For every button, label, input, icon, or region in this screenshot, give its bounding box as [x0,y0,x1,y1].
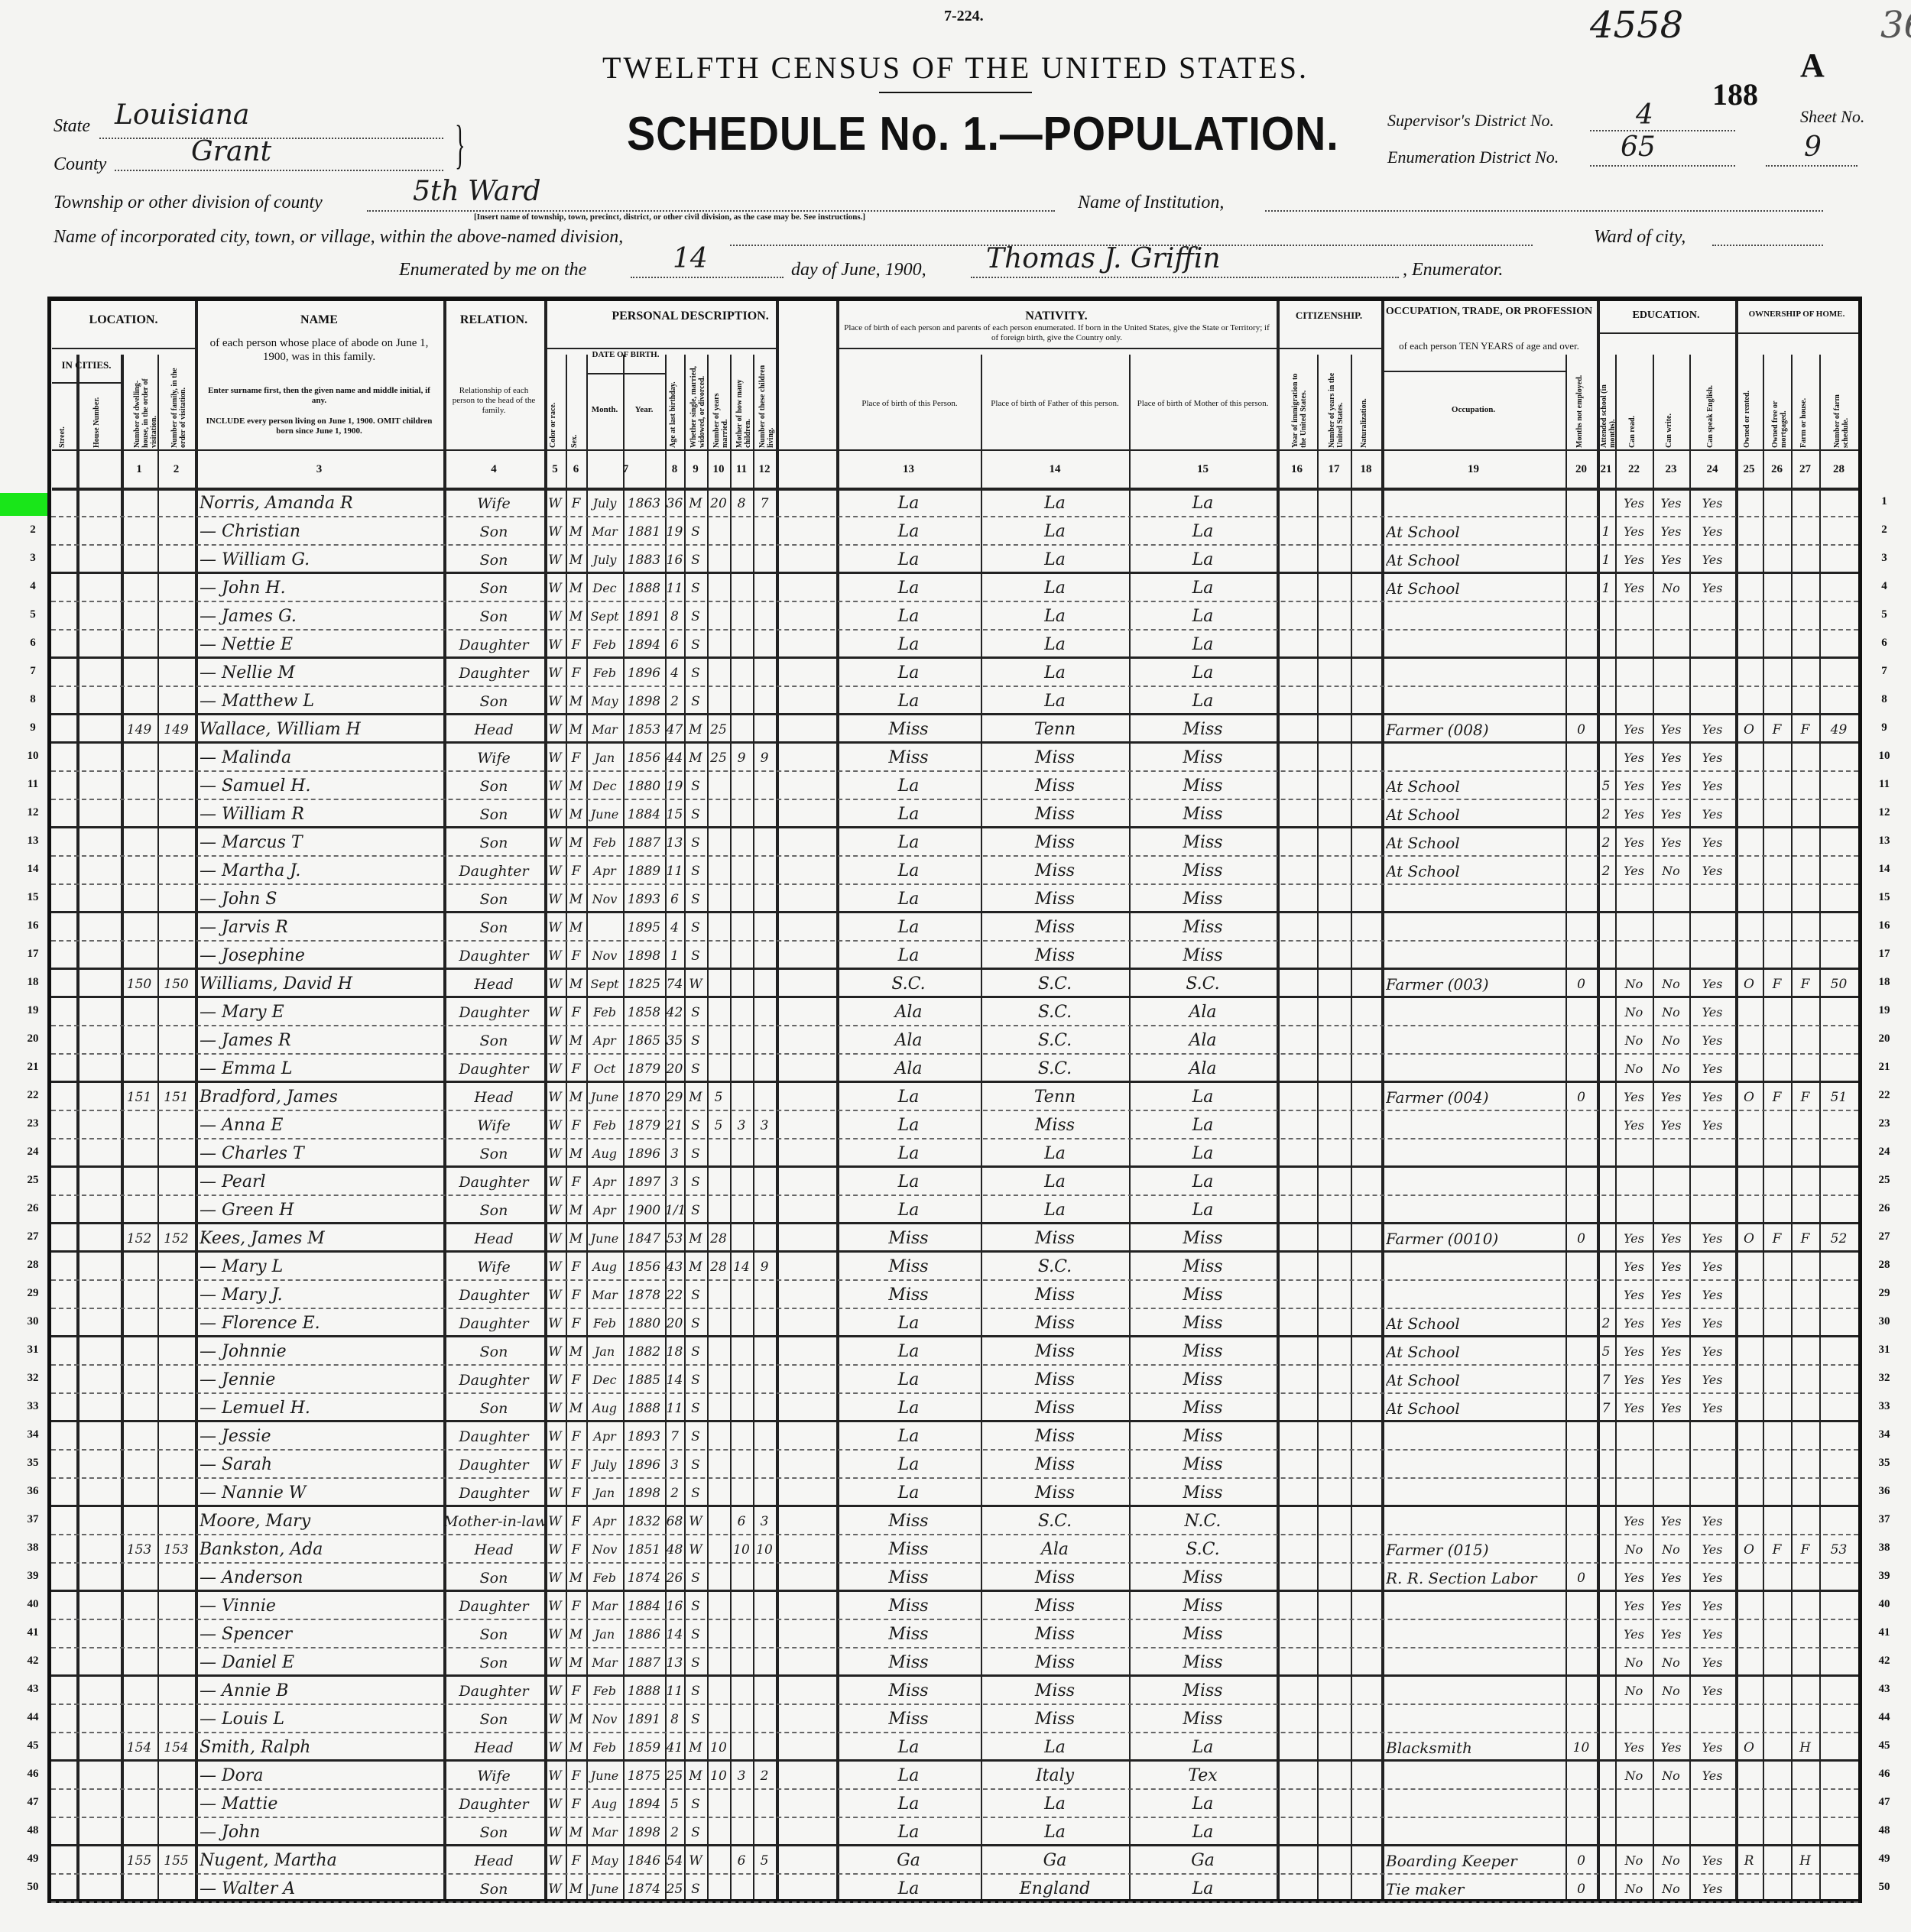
cell-write: No [1653,1537,1689,1563]
cell-speak [1689,887,1735,913]
cell-living [753,689,776,715]
cell-name: Norris, Amanda R [200,491,442,517]
cell-fsch [1819,689,1858,715]
cell-mar: M [684,745,707,771]
cell-free [1763,773,1791,799]
cell-fam [157,1367,195,1393]
cell-read: Yes [1615,802,1653,828]
cell-bf: Miss [981,773,1129,799]
table-row: — Green HSonWMApr19001/12SLaLaLa [51,1196,1858,1224]
cell-bf: S.C. [981,1509,1129,1535]
cell-fsch [1819,1820,1858,1846]
cell-mne: 10 [1565,1735,1597,1761]
cell-own [1735,1339,1763,1365]
cell-ym [707,915,730,941]
cell-month: Dec [586,1367,623,1393]
cell-own [1735,773,1763,799]
row-number-right: 3 [1873,552,1896,565]
cell-dw [121,1650,157,1676]
cell-fsch [1819,519,1858,545]
cell-read: No [1615,1678,1653,1704]
cell-mother [730,1565,753,1591]
cell-age: 68 [665,1509,684,1535]
cell-mar: S [684,632,707,658]
table-row: — Mary J.DaughterWFMar187822SMissMissMis… [51,1281,1858,1309]
row-number-left: 39 [21,1570,44,1583]
cell-mother [730,1622,753,1648]
cell-living [753,1226,776,1252]
cell-ym [707,1198,730,1224]
cell-dw: 155 [121,1848,157,1874]
cell-dw [121,1424,157,1450]
cell-bm: Miss [1129,1367,1277,1393]
cell-write: No [1653,1000,1689,1026]
table-row: — ChristianSonWMMar188119SLaLaLaAt Schoo… [51,517,1858,546]
cell-mother [730,632,753,658]
cell-mar: S [684,1876,707,1902]
cell-mne [1565,1254,1597,1280]
cell-bp: Miss [836,1650,981,1676]
cell-color: W [544,1254,566,1280]
cell-free: F [1763,1226,1791,1252]
cell-read: No [1615,1028,1653,1054]
cell-bm: La [1129,1198,1277,1224]
cell-rel: Son [443,1650,544,1676]
cell-bp: La [836,858,981,884]
cell-year: 1879 [623,1056,665,1082]
cell-own [1735,1707,1763,1733]
sheet-value: 9 [1804,131,1822,163]
cell-bm: Ala [1129,1056,1277,1082]
name-note-2: INCLUDE every person living on June 1, 1… [203,417,436,436]
cell-name: — John H. [200,575,442,601]
cell-dw: 153 [121,1537,157,1563]
table-row: — Anna EWifeWFFeb187921S533LaMissLaYesYe… [51,1111,1858,1139]
cell-occ [1386,1707,1564,1733]
cell-own [1735,1113,1763,1139]
cell-month: Feb [586,1565,623,1591]
table-row: — SarahDaughterWFJuly18963SLaMissMiss [51,1451,1858,1479]
cell-sex: F [566,858,586,884]
cell-farm [1791,1565,1819,1591]
cell-write [1653,1707,1689,1733]
cell-mother [730,1226,753,1252]
column-number: 1 [121,463,157,476]
cell-occ: Blacksmith [1386,1735,1564,1761]
cell-bm: La [1129,1820,1277,1846]
cell-free [1763,1565,1791,1591]
cell-speak [1689,1141,1735,1167]
vertical-header-can-read: Can read. [1628,364,1640,448]
cell-read: Yes [1615,717,1653,743]
cell-sch [1597,1509,1615,1535]
cell-sch [1597,1791,1615,1817]
cell-free [1763,1396,1791,1421]
cell-dw [121,1622,157,1648]
cell-name: — Johnnie [200,1339,442,1365]
cell-occ: At School [1386,773,1564,799]
cell-sch [1597,1650,1615,1676]
cell-month: Mar [586,1593,623,1619]
column-number: 16 [1277,463,1317,476]
cell-farm [1791,1113,1819,1139]
cell-rel: Daughter [443,1678,544,1704]
cell-year: 1895 [623,915,665,941]
cell-month: Mar [586,1282,623,1308]
cell-ym [707,1000,730,1026]
cell-own [1735,1028,1763,1054]
cell-own: O [1735,1084,1763,1110]
cell-dw [121,943,157,969]
row-number-left: 19 [21,1004,44,1017]
row-number-right: 46 [1873,1768,1896,1781]
cell-year: 1891 [623,1707,665,1733]
cell-own: O [1735,1537,1763,1563]
cell-fam [157,773,195,799]
cell-speak: Yes [1689,971,1735,997]
table-row: — Jarvis RSonWM18954SLaMissMiss [51,913,1858,942]
cell-own [1735,1678,1763,1704]
cell-age: 11 [665,1396,684,1421]
row-number-right: 39 [1873,1570,1896,1583]
cell-bm: Miss [1129,802,1277,828]
cell-write [1653,943,1689,969]
row-number-left: 22 [21,1089,44,1102]
cell-ym [707,1424,730,1450]
cell-sex: F [566,1113,586,1139]
cell-sex: M [566,971,586,997]
cell-farm [1791,1056,1819,1082]
cell-name: — Jessie [200,1424,442,1450]
cell-occ [1386,1452,1564,1478]
cell-fsch [1819,1707,1858,1733]
cell-bf: Miss [981,1339,1129,1365]
cell-speak [1689,660,1735,686]
cell-write: Yes [1653,1339,1689,1365]
cell-fsch [1819,1791,1858,1817]
cell-mne [1565,1000,1597,1026]
cell-living [753,1622,776,1648]
cell-farm: F [1791,1226,1819,1252]
vertical-header-owned-rented: Owned or rented. [1743,364,1755,448]
county-line [115,170,443,171]
cell-ym [707,1791,730,1817]
cell-mar: S [684,1820,707,1846]
cell-read [1615,1198,1653,1224]
cell-month: Feb [586,1678,623,1704]
table-row: — Nellie MDaughterWFFeb18964SLaLaLa [51,659,1858,687]
cell-color: W [544,773,566,799]
cell-mne [1565,547,1597,573]
row-number-left: 36 [21,1485,44,1498]
cell-mar: S [684,1622,707,1648]
cell-bm: La [1129,1169,1277,1195]
cell-month: Feb [586,830,623,856]
cell-ym [707,1367,730,1393]
cell-mne [1565,1650,1597,1676]
supervisor-district-label: Supervisor's District No. [1387,111,1554,131]
cell-mne [1565,887,1597,913]
cell-mar: S [684,1424,707,1450]
cell-read [1615,1424,1653,1450]
cell-color: W [544,1424,566,1450]
cell-speak [1689,1791,1735,1817]
cell-occ [1386,745,1564,771]
row-number-right: 50 [1873,1881,1896,1894]
cell-age: 36 [665,491,684,517]
cell-mne [1565,858,1597,884]
cell-bm: Miss [1129,1254,1277,1280]
cell-occ: At School [1386,802,1564,828]
cell-name: — Martha J. [200,858,442,884]
row-number-right: 13 [1873,835,1896,848]
cell-rel: Head [443,1735,544,1761]
cell-own [1735,1311,1763,1337]
cell-month: July [586,547,623,573]
cell-mar: M [684,491,707,517]
cell-sex: M [566,1226,586,1252]
cell-year: 1888 [623,575,665,601]
cell-living [753,1820,776,1846]
row-number-left: 15 [21,891,44,904]
row-number-left: 46 [21,1768,44,1781]
cell-bm: Miss [1129,1311,1277,1337]
cell-ym: 20 [707,491,730,517]
cell-ym [707,632,730,658]
cell-mne [1565,1169,1597,1195]
row-number-left: 3 [21,552,44,565]
cell-free [1763,745,1791,771]
cell-mar: S [684,519,707,545]
table-row: — AndersonSonWMFeb187426SMissMissMissR. … [51,1564,1858,1592]
cell-sch: 2 [1597,1311,1615,1337]
cell-free [1763,1367,1791,1393]
cell-mother [730,1169,753,1195]
cell-free [1763,604,1791,630]
table-row: — PearlDaughterWFApr18973SLaLaLa [51,1168,1858,1196]
cell-sch [1597,1113,1615,1139]
cell-color: W [544,1056,566,1082]
table-row: 149149Wallace, William HHeadWMMar185347M… [51,715,1858,744]
cell-year: 1853 [623,717,665,743]
cell-mar: M [684,717,707,743]
cell-living [753,1396,776,1421]
cell-dw [121,1480,157,1506]
cell-mother [730,1028,753,1054]
cell-color: W [544,1678,566,1704]
cell-color: W [544,1452,566,1478]
cell-write: Yes [1653,802,1689,828]
row-number-right: 12 [1873,806,1896,819]
cell-own [1735,1424,1763,1450]
cell-color: W [544,604,566,630]
cell-name: Kees, James M [200,1226,442,1252]
ownership-header: OWNERSHIP OF HOME. [1735,310,1858,319]
cell-bp: La [836,1735,981,1761]
table-row: — JosephineDaughterWFNov18981SLaMissMiss [51,942,1858,970]
cell-write [1653,1169,1689,1195]
cell-fam: 155 [157,1848,195,1874]
vertical-header-sex: Sex. [570,364,582,448]
population-schedule-table: LOCATION.IN CITIES.NAMEof each person wh… [47,297,1862,1903]
cell-dw [121,858,157,884]
cell-sch [1597,1282,1615,1308]
row-number-left: 49 [21,1853,44,1866]
cell-living [753,1311,776,1337]
cell-name: — Christian [200,519,442,545]
cell-bp: La [836,1113,981,1139]
cell-bm: Miss [1129,773,1277,799]
cell-speak: Yes [1689,830,1735,856]
enumerated-day-line [631,277,784,278]
cell-living [753,1678,776,1704]
row-number-right: 19 [1873,1004,1896,1017]
table-row: — Charles TSonWMAug18963SLaLaLa [51,1139,1858,1168]
cell-bm: La [1129,689,1277,715]
row-number-left: 43 [21,1683,44,1696]
enumerated-label: Enumerated by me on the [399,260,586,280]
cell-year: 1881 [623,519,665,545]
cell-free [1763,830,1791,856]
cell-mar: S [684,604,707,630]
cell-bm: Miss [1129,1424,1277,1450]
cell-own [1735,745,1763,771]
cell-occ [1386,1820,1564,1846]
cell-fam [157,1593,195,1619]
cell-mar: S [684,773,707,799]
ward-line [1712,245,1823,246]
cell-write [1653,887,1689,913]
cell-own [1735,1820,1763,1846]
cell-bf: La [981,547,1129,573]
table-row: — Florence E.DaughterWFFeb188020SLaMissM… [51,1309,1858,1337]
cell-farm [1791,1396,1819,1421]
cell-write: No [1653,858,1689,884]
cell-speak: Yes [1689,519,1735,545]
cell-sch [1597,1735,1615,1761]
cell-bm: La [1129,519,1277,545]
cell-mne [1565,660,1597,686]
cell-age: 6 [665,887,684,913]
row-rule [544,348,776,349]
vertical-header-immigration: Year of immigration to the United States… [1291,364,1303,448]
cell-fsch [1819,858,1858,884]
row-number-right: 18 [1873,976,1896,989]
column-number: 9 [684,463,707,476]
cell-mne [1565,575,1597,601]
cell-dw [121,660,157,686]
cell-sch [1597,604,1615,630]
cell-speak: Yes [1689,802,1735,828]
cell-bf: Ga [981,1848,1129,1874]
cell-dw [121,604,157,630]
row-number-right: 40 [1873,1598,1896,1611]
cell-month: Aug [586,1396,623,1421]
cell-dw: 152 [121,1226,157,1252]
cell-read: No [1615,1848,1653,1874]
cell-rel: Son [443,1707,544,1733]
cell-mother [730,1820,753,1846]
cell-color: W [544,915,566,941]
cell-ym [707,1593,730,1619]
cell-living [753,1480,776,1506]
cell-year: 1846 [623,1848,665,1874]
cell-bf: S.C. [981,1056,1129,1082]
cell-occ: Farmer (015) [1386,1537,1564,1563]
cell-sex: F [566,1791,586,1817]
personal-description-header: PERSONAL DESCRIPTION. [544,310,836,323]
cell-free [1763,519,1791,545]
table-row: — Mary LWifeWFAug185643M28149MissS.C.Mis… [51,1253,1858,1281]
cell-rel: Son [443,1339,544,1365]
cell-name: Williams, David H [200,971,442,997]
cell-fam: 151 [157,1084,195,1110]
cell-ym [707,1650,730,1676]
cell-occ: At School [1386,858,1564,884]
cell-sex: M [566,915,586,941]
cell-fam [157,1169,195,1195]
cell-living [753,1735,776,1761]
cell-speak: Yes [1689,575,1735,601]
cell-occ [1386,1141,1564,1167]
cell-fsch [1819,1650,1858,1676]
cell-bp: Miss [836,1707,981,1733]
cell-color: W [544,1339,566,1365]
row-rule [52,449,1858,451]
cell-sex: M [566,604,586,630]
cell-living [753,1707,776,1733]
cell-mother [730,1452,753,1478]
cell-free [1763,1678,1791,1704]
cell-mar: S [684,1593,707,1619]
row-number-left: 21 [21,1061,44,1074]
row-number-right: 14 [1873,863,1896,876]
cell-sch [1597,887,1615,913]
cell-sex: F [566,1169,586,1195]
institution-line [1265,210,1823,212]
cell-month: Apr [586,1198,623,1224]
cell-speak: Yes [1689,1084,1735,1110]
cell-fam [157,1791,195,1817]
cell-free [1763,491,1791,517]
cell-age: 20 [665,1056,684,1082]
cell-own [1735,858,1763,884]
cell-bp: Miss [836,1593,981,1619]
cell-living [753,1424,776,1450]
cell-age: 44 [665,745,684,771]
cell-rel: Son [443,1876,544,1902]
cell-farm: F [1791,1084,1819,1110]
cell-ym: 10 [707,1735,730,1761]
cell-own [1735,1198,1763,1224]
cell-mne [1565,632,1597,658]
cell-name: — Walter A [200,1876,442,1902]
cell-color: W [544,858,566,884]
cell-rel: Daughter [443,1791,544,1817]
cell-bp: La [836,575,981,601]
cell-dw [121,1254,157,1280]
cell-mother [730,1367,753,1393]
cell-mne [1565,1113,1597,1139]
cell-sch: 5 [1597,1339,1615,1365]
cell-month: Nov [586,1707,623,1733]
cell-bp: La [836,1876,981,1902]
row-number-right: 23 [1873,1117,1896,1130]
row-number-left: 28 [21,1259,44,1272]
cell-farm [1791,1452,1819,1478]
cell-occ: At School [1386,1367,1564,1393]
cell-sex: F [566,491,586,517]
